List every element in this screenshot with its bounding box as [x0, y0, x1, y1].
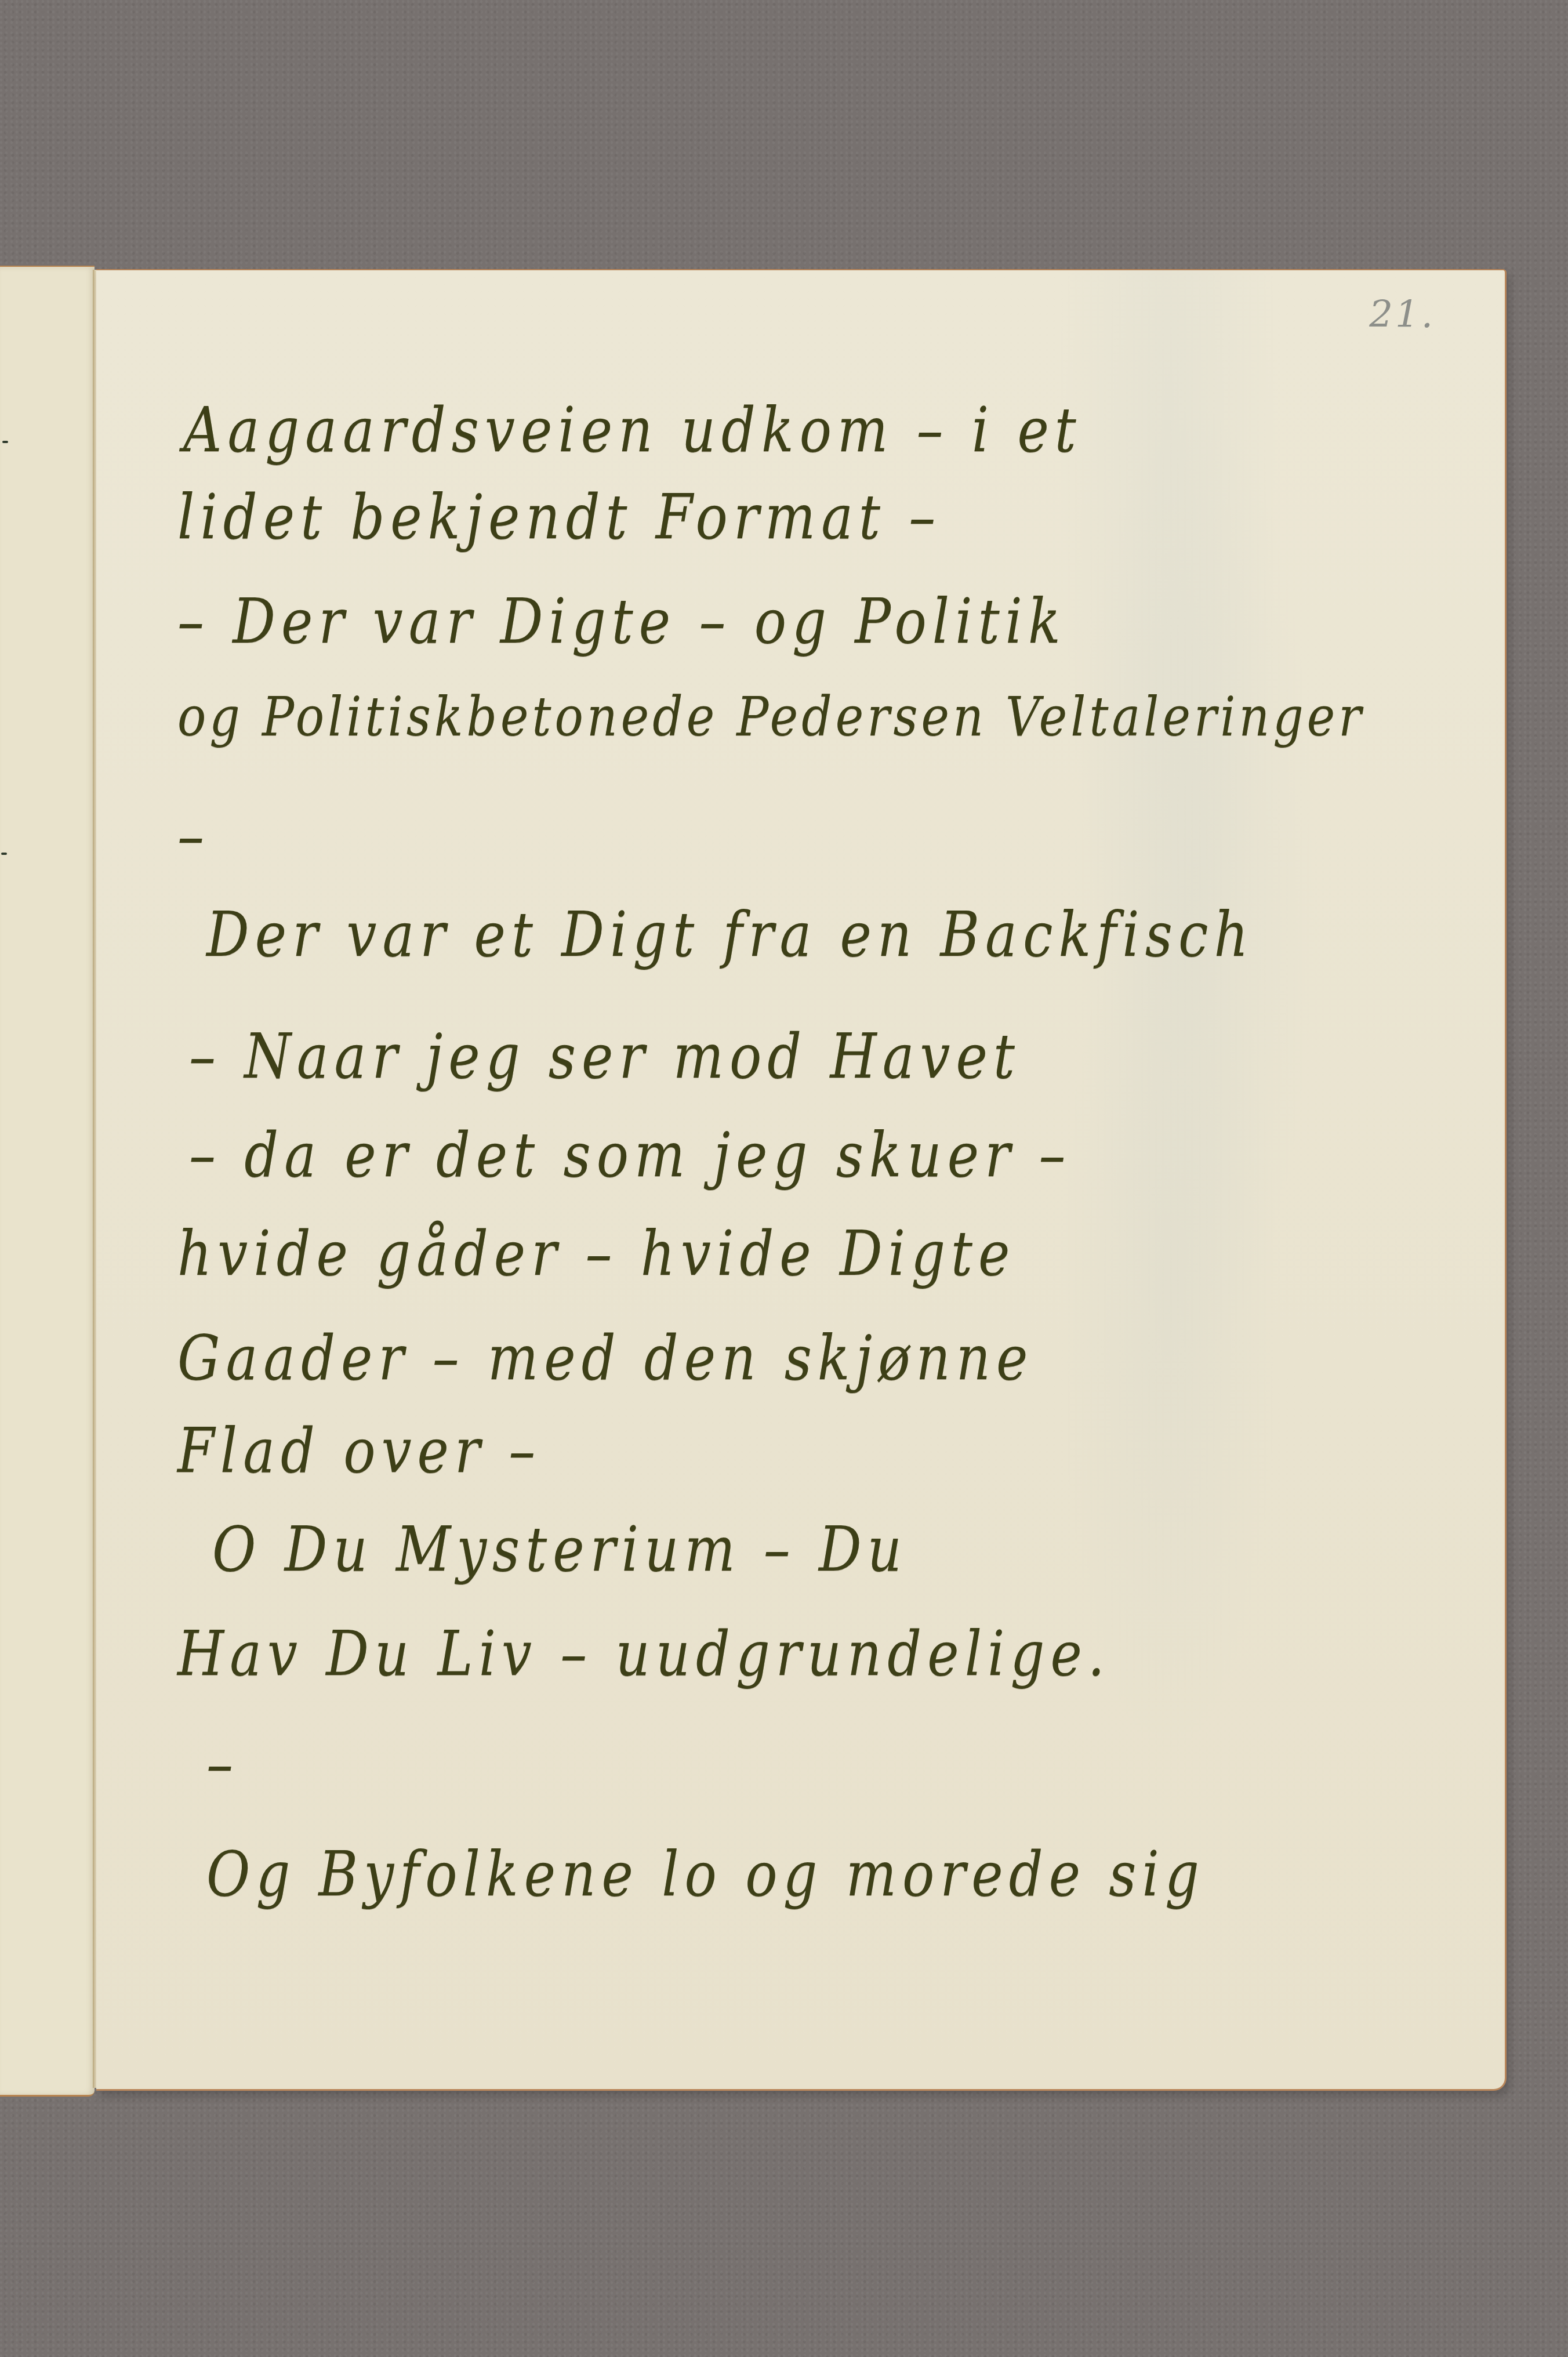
page-number: 21.: [1369, 293, 1435, 336]
left-page-ink-mark: [1, 853, 7, 855]
manuscript-line-2: lidet bekjendt Format –: [177, 481, 941, 553]
manuscript-line-11: Flad over –: [177, 1415, 541, 1486]
manuscript-line-14: –: [206, 1728, 239, 1800]
manuscript-line-1: Aagaardsveien udkom – i et: [183, 394, 1082, 466]
manuscript-line-15: Og Byfolkene lo og morede sig: [206, 1839, 1205, 1910]
manuscript-line-4: og Politiskbetonede Pedersen Veltalering…: [177, 686, 1365, 749]
manuscript-line-9: hvide gåder – hvide Digte: [177, 1218, 1016, 1289]
manuscript-line-12: O Du Mysterium – Du: [212, 1514, 908, 1585]
left-page-edge: [0, 266, 95, 2097]
manuscript-line-10: Gaader – med den skjønne: [177, 1322, 1033, 1394]
manuscript-line-3: – Der var Digte – og Politik: [177, 586, 1066, 657]
manuscript-line-8: – da er det som jeg skuer –: [189, 1119, 1072, 1191]
manuscript-line-5: –: [177, 800, 210, 872]
manuscript-line-7: – Naar jeg ser mod Havet: [189, 1021, 1021, 1092]
manuscript-line-6: Der var et Digt fra en Backfisch: [206, 899, 1254, 970]
felt-background: [0, 0, 1568, 267]
left-page-ink-mark: [2, 441, 8, 443]
manuscript-page: 21. Aagaardsveien udkom – i et lidet bek…: [96, 269, 1507, 2091]
manuscript-line-13: Hav Du Liv – uudgrundelige.: [177, 1618, 1110, 1689]
